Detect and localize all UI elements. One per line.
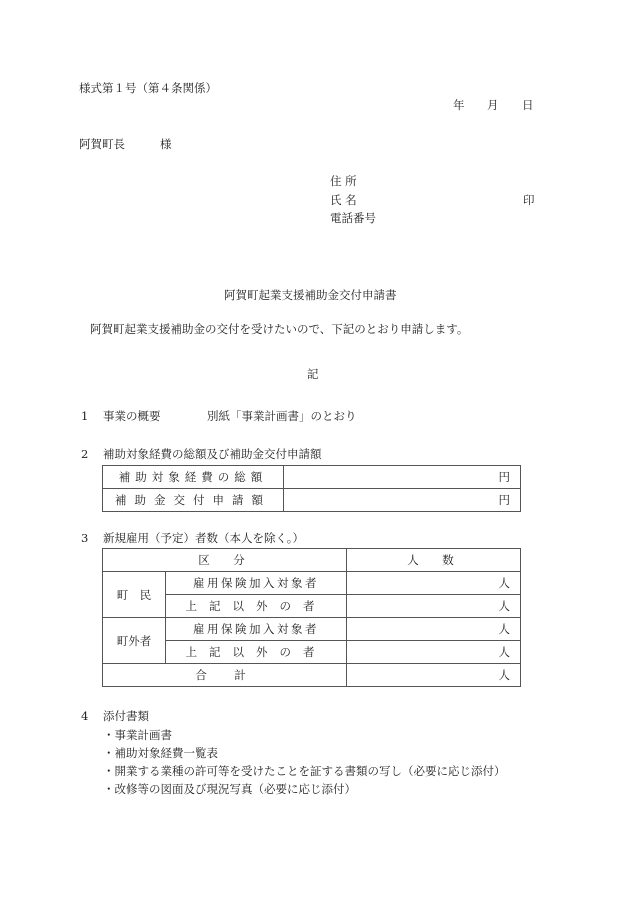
count-field[interactable]: 人 xyxy=(347,618,521,641)
attachment-item: ・補助対象経費一覧表 xyxy=(103,746,218,760)
count-field[interactable]: 人 xyxy=(347,595,521,618)
row-label: 雇用保険加入対象者 xyxy=(166,618,347,641)
name-label: 氏 名 xyxy=(330,193,357,207)
date-day-label: 日 xyxy=(522,98,534,112)
table-row: 補助対象経費の総額 円 xyxy=(103,466,521,489)
person-unit: 人 xyxy=(499,599,511,613)
count-field[interactable]: 人 xyxy=(347,641,521,664)
yen-unit: 円 xyxy=(499,470,511,484)
section1-heading: 事業の概要 xyxy=(103,409,161,423)
row-label: 上記以外の者 xyxy=(166,595,347,618)
subsidy-request-label: 補助金交付申請額 xyxy=(103,489,284,512)
table-row: 上記以外の者 人 xyxy=(103,641,521,664)
address-label: 住 所 xyxy=(330,174,357,188)
table-row: 上記以外の者 人 xyxy=(103,595,521,618)
count-header: 人 数 xyxy=(347,549,521,572)
table-row: 町外者 雇用保険加入対象者 人 xyxy=(103,618,521,641)
group-residents: 町 民 xyxy=(103,572,166,618)
section2-number: 2 xyxy=(81,447,88,461)
section3-heading: 新規雇用（予定）者数（本人を除く。） xyxy=(103,531,304,545)
person-unit: 人 xyxy=(499,576,511,590)
document-title: 阿賀町起業支援補助金交付申請書 xyxy=(224,288,397,302)
person-unit: 人 xyxy=(499,645,511,659)
section4-heading: 添付書類 xyxy=(103,709,149,723)
intro-text: 阿賀町起業支援補助金の交付を受けたいので、下記のとおり申請します。 xyxy=(90,322,468,336)
table-header-row: 区 分 人 数 xyxy=(103,549,521,572)
attachment-item: ・事業計画書 xyxy=(103,728,172,742)
addressee: 阿賀町長 xyxy=(79,137,125,151)
attachment-item: ・開業する業種の許可等を受けたことを証する書類の写し（必要に応じ添付） xyxy=(103,764,506,778)
total-expense-field[interactable]: 円 xyxy=(284,466,521,489)
section3-number: 3 xyxy=(81,531,88,545)
row-label: 上記以外の者 xyxy=(166,641,347,664)
subsidy-request-field[interactable]: 円 xyxy=(284,489,521,512)
total-label: 合 計 xyxy=(103,664,347,687)
date-year-label: 年 xyxy=(453,98,465,112)
table-row: 補助金交付申請額 円 xyxy=(103,489,521,512)
person-unit: 人 xyxy=(499,668,511,682)
table-total-row: 合 計 人 xyxy=(103,664,521,687)
seal-label: 印 xyxy=(523,193,535,207)
category-header: 区 分 xyxy=(103,549,347,572)
row-label: 雇用保険加入対象者 xyxy=(166,572,347,595)
total-count-field[interactable]: 人 xyxy=(347,664,521,687)
form-number: 様式第１号（第４条関係） xyxy=(79,81,217,95)
section2-heading: 補助対象経費の総額及び補助金交付申請額 xyxy=(103,447,322,461)
phone-label: 電話番号 xyxy=(330,211,376,225)
yen-unit: 円 xyxy=(499,493,511,507)
attachment-item: ・改修等の図面及び現況写真（必要に応じ添付） xyxy=(103,782,356,796)
ki-label: 記 xyxy=(307,367,319,381)
new-employment-table: 区 分 人 数 町 民 雇用保険加入対象者 人 上記以外の者 人 町外者 雇用保… xyxy=(102,548,521,687)
subsidy-amount-table: 補助対象経費の総額 円 補助金交付申請額 円 xyxy=(102,465,521,512)
total-expense-label: 補助対象経費の総額 xyxy=(103,466,284,489)
table-row: 町 民 雇用保険加入対象者 人 xyxy=(103,572,521,595)
person-unit: 人 xyxy=(499,622,511,636)
group-non-residents: 町外者 xyxy=(103,618,166,664)
section1-number: 1 xyxy=(81,409,88,423)
section1-content: 別紙「事業計画書」のとおり xyxy=(207,409,357,423)
section4-number: 4 xyxy=(81,709,88,723)
count-field[interactable]: 人 xyxy=(347,572,521,595)
date-month-label: 月 xyxy=(487,98,499,112)
addressee-honorific: 様 xyxy=(160,137,172,151)
